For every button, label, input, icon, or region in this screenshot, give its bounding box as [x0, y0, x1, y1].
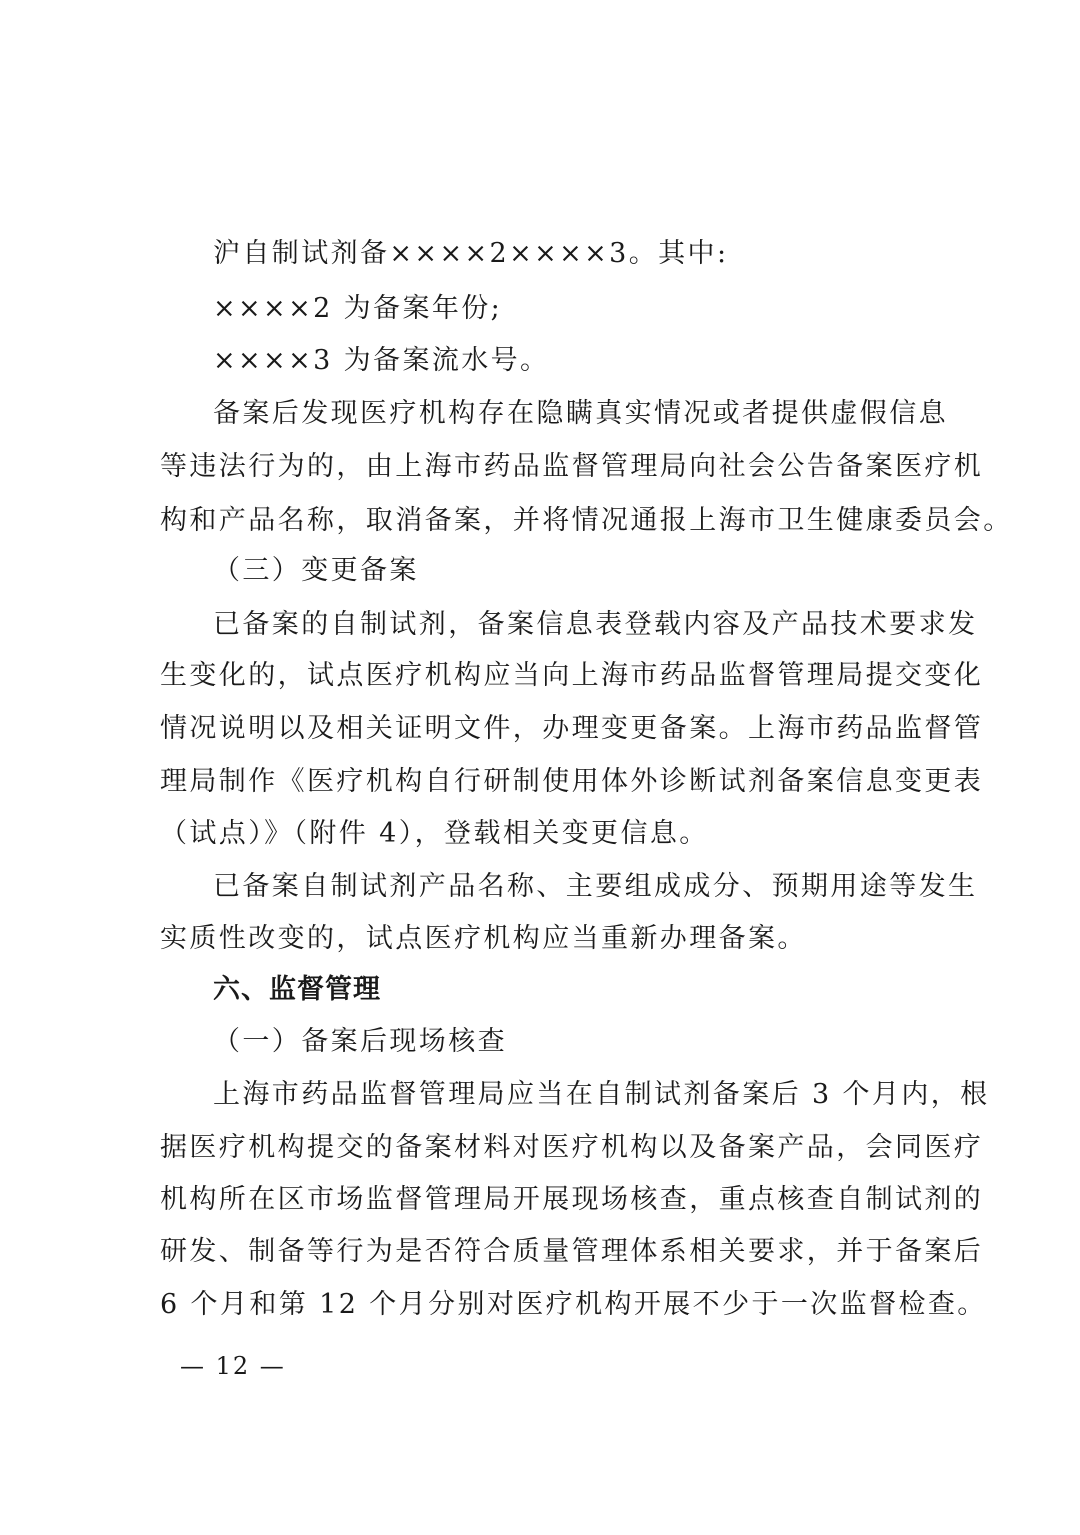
- paragraph-line: 6 个月和第 12 个月分别对医疗机构开展不少于一次监督检查。: [160, 1287, 987, 1323]
- paragraph-line: 机构所在区市场监督管理局开展现场核查，重点核查自制试剂的: [160, 1182, 930, 1218]
- paragraph-line: （试点）》（附件 4），登载相关变更信息。: [160, 816, 709, 852]
- paragraph-line: 理局制作《医疗机构自行研制使用体外诊断试剂备案信息变更表: [160, 764, 930, 800]
- filing-number-format: 沪自制试剂备××××2××××3。其中:: [213, 236, 728, 272]
- paragraph-line: 实质性改变的，试点医疗机构应当重新办理备案。: [160, 921, 807, 957]
- paragraph-line: 情况说明以及相关证明文件，办理变更备案。上海市药品监督管: [160, 711, 930, 747]
- paragraph-line: 上海市药品监督管理局应当在自制试剂备案后 3 个月内，根: [213, 1077, 930, 1113]
- paragraph-line: 等违法行为的，由上海市药品监督管理局向社会公告备案医疗机: [160, 449, 930, 485]
- page-number: — 12 —: [180, 1350, 286, 1382]
- paragraph-line: 构和产品名称，取消备案，并将情况通报上海市卫生健康委员会。: [160, 503, 930, 539]
- subsection-heading-change-filing: （三）变更备案: [213, 553, 419, 589]
- filing-year-note: ××××2 为备案年份;: [213, 291, 502, 327]
- document-page: 沪自制试剂备××××2××××3。其中: ××××2 为备案年份; ××××3 …: [0, 0, 1080, 1535]
- paragraph-line: 生变化的，试点医疗机构应当向上海市药品监督管理局提交变化: [160, 658, 930, 694]
- paragraph-line: 研发、制备等行为是否符合质量管理体系相关要求，并于备案后: [160, 1234, 930, 1270]
- subsection-heading-onsite-inspection: （一）备案后现场核查: [213, 1024, 507, 1060]
- paragraph-line: 已备案自制试剂产品名称、主要组成成分、预期用途等发生: [213, 869, 930, 905]
- section-heading-supervision: 六、监督管理: [213, 972, 381, 1008]
- paragraph-line: 备案后发现医疗机构存在隐瞒真实情况或者提供虚假信息: [213, 396, 930, 432]
- paragraph-line: 已备案的自制试剂，备案信息表登载内容及产品技术要求发: [213, 607, 930, 643]
- filing-serial-note: ××××3 为备案流水号。: [213, 343, 549, 379]
- paragraph-line: 据医疗机构提交的备案材料对医疗机构以及备案产品，会同医疗: [160, 1130, 930, 1166]
